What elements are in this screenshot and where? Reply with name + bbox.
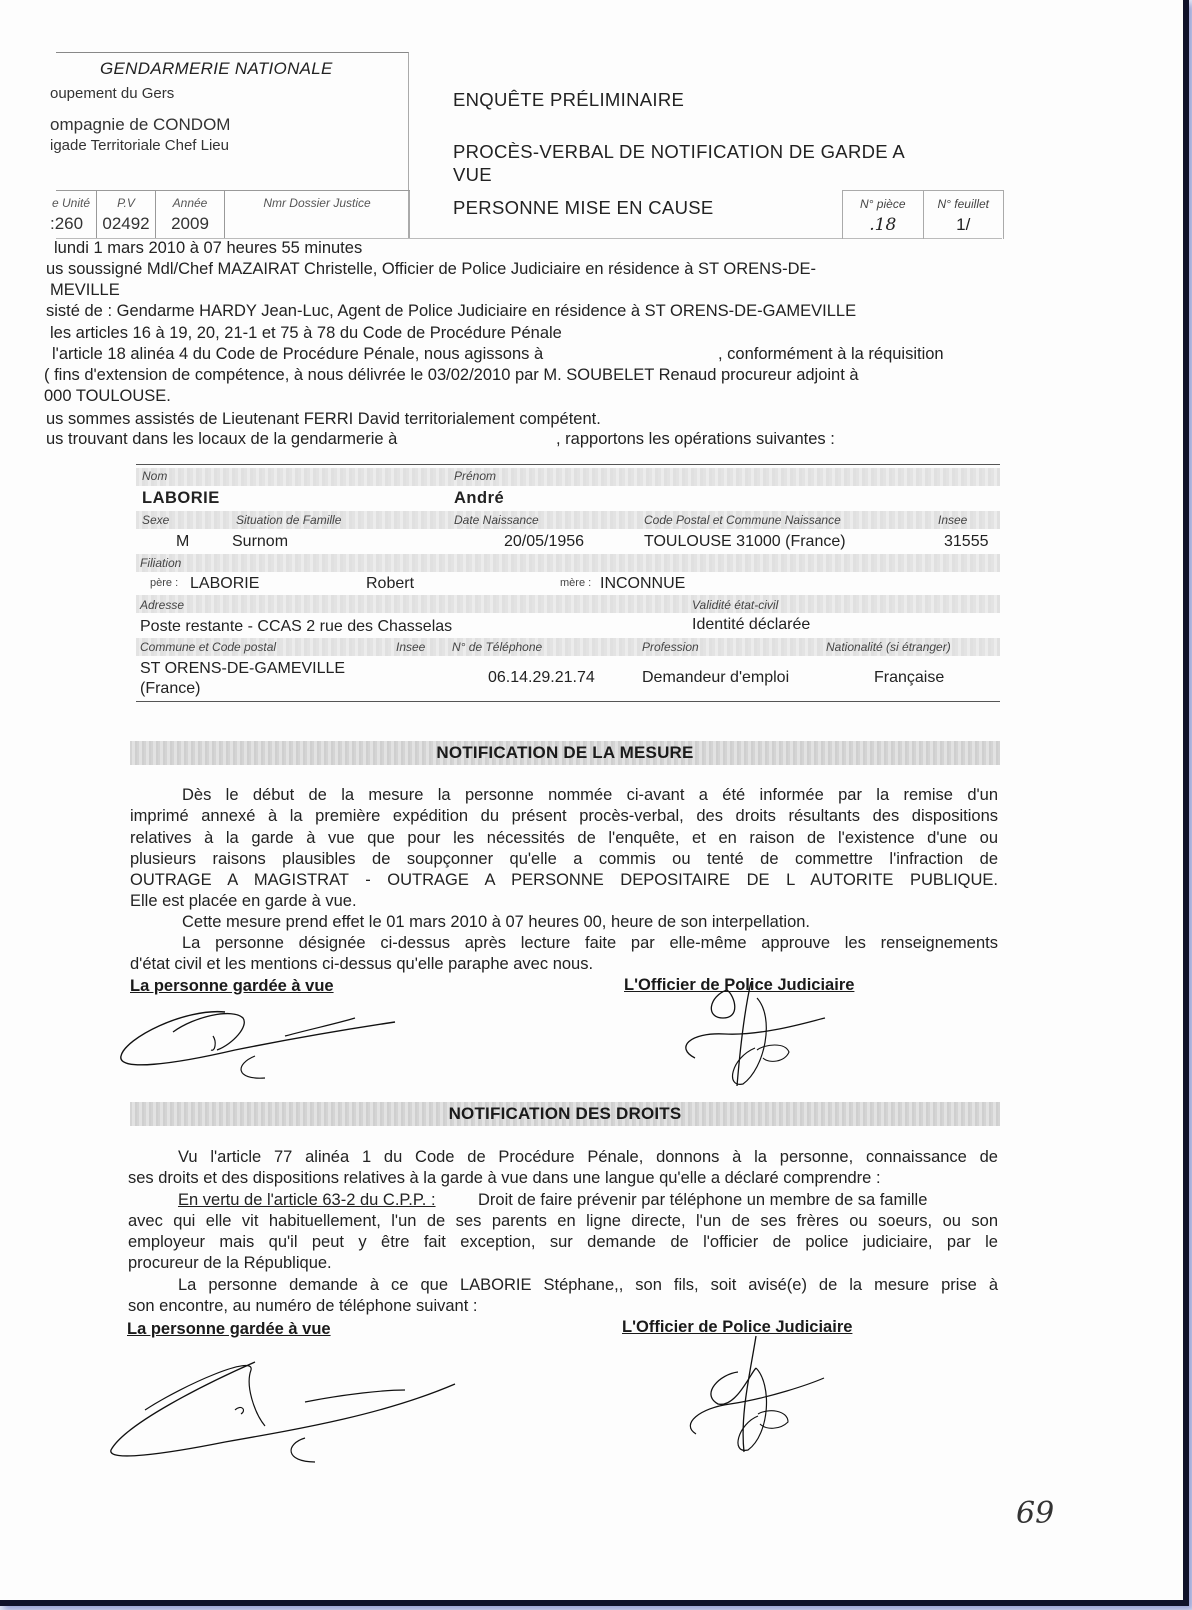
intro-date: lundi 1 mars 2010 à 07 heures 55 minutes <box>54 239 362 258</box>
mesure-line: plusieurs raisons plausibles de soupçonn… <box>130 850 998 869</box>
value-commune-2: (France) <box>140 680 200 698</box>
section-header-droits: NOTIFICATION DES DROITS <box>130 1102 1000 1126</box>
ref-value-pv: 02492 <box>97 214 155 234</box>
intro-operations: , rapportons les opérations suivantes : <box>556 430 835 449</box>
piece-cell: N° pièce .18 <box>843 191 923 239</box>
value-pere-nom: LABORIE <box>190 575 259 593</box>
droits-line: Droit de faire prévenir par téléphone un… <box>478 1191 927 1210</box>
label-situation: Situation de Famille <box>236 513 341 527</box>
intro-requisition: , conformément à la réquisition <box>718 345 944 364</box>
droits-line: procureur de la République. <box>128 1254 332 1273</box>
label-nationalite: Nationalité (si étranger) <box>826 640 951 654</box>
shade-row <box>136 595 1000 613</box>
identity-block: Nom Prénom LABORIE André Sexe Situation … <box>136 464 1000 702</box>
unit-line-brigade: igade Territoriale Chef Lieu <box>50 137 229 154</box>
label-insee: Insee <box>938 513 967 527</box>
value-situation: Surnom <box>232 533 288 551</box>
unit-line-groupement: oupement du Gers <box>50 85 174 102</box>
intro-toulouse: 000 TOULOUSE. <box>44 387 171 406</box>
mesure-line: Dès le début de la mesure la personne no… <box>182 786 998 805</box>
value-date-naissance: 20/05/1956 <box>504 533 584 551</box>
feuillet-value: 1/ <box>924 215 1004 235</box>
feuillet-cell: N° feuillet 1/ <box>923 191 1004 239</box>
label-prenom: Prénom <box>454 469 496 483</box>
droits-line: employeur mais qu'il peut y être fait ex… <box>128 1233 998 1252</box>
droits-line-avis: La personne demande à ce que LABORIE Sté… <box>178 1276 998 1295</box>
scanned-document-page: GENDARMERIE NATIONALE oupement du Gers o… <box>0 0 1189 1606</box>
ref-label-dossier: Nmr Dossier Justice <box>225 196 409 210</box>
title-personne: PERSONNE MISE EN CAUSE <box>453 197 714 219</box>
section-title-droits: NOTIFICATION DES DROITS <box>449 1104 682 1123</box>
organization-name: GENDARMERIE NATIONALE <box>100 59 333 79</box>
value-profession: Demandeur d'emploi <box>642 669 789 687</box>
handwritten-page-number: 69 <box>1016 1496 1054 1531</box>
mesure-line-effet: Cette mesure prend effet le 01 mars 2010… <box>182 913 810 932</box>
value-prenom: André <box>454 489 504 508</box>
label-pere: père : <box>150 577 178 589</box>
intro-assistant: sisté de : Gendarme HARDY Jean-Luc, Agen… <box>46 302 856 321</box>
intro-article18: l'article 18 alinéa 4 du Code de Procédu… <box>52 345 543 364</box>
intro-assistes: us sommes assistés de Lieutenant FERRI D… <box>46 410 601 429</box>
feuillet-label: N° feuillet <box>924 197 1004 211</box>
droits-line: ses droits et des dispositions relatives… <box>128 1169 881 1188</box>
mesure-line-infraction: OUTRAGE A MAGISTRAT - OUTRAGE A PERSONNE… <box>130 871 998 890</box>
label-telephone: N° de Téléphone <box>452 640 542 654</box>
value-validite: Identité déclarée <box>692 616 810 634</box>
ref-value-unite: :260 <box>50 214 96 234</box>
label-lieu-naissance: Code Postal et Commune Naissance <box>644 513 841 527</box>
droits-line: avec qui elle vit habituellement, l'un d… <box>128 1212 998 1231</box>
value-commune-1: ST ORENS-DE-GAMEVILLE <box>140 660 345 678</box>
mesure-line: d'état civil et les mentions ci-dessus q… <box>130 955 593 974</box>
ref-cell-unite: e Unité :260 <box>56 191 97 239</box>
label-validite: Validité état-civil <box>692 598 778 612</box>
ref-cell-dossier: Nmr Dossier Justice <box>225 191 410 239</box>
signature-officer-1 <box>665 978 835 1090</box>
shade-row <box>136 468 1000 486</box>
label-nom: Nom <box>142 469 167 483</box>
shade-row <box>136 554 1000 572</box>
mesure-line: relatives à la garde à vue que pour les … <box>130 829 998 848</box>
signature-person-1 <box>115 998 405 1082</box>
label-filiation: Filiation <box>140 556 181 570</box>
label-insee-commune: Insee <box>396 640 425 654</box>
mesure-line: Elle est placée en garde à vue. <box>130 892 357 911</box>
mesure-line: imprimé annexé à la première expédition … <box>130 807 998 826</box>
ref-value-annee: 2009 <box>156 214 224 234</box>
piece-label: N° pièce <box>843 197 923 211</box>
title-enquete: ENQUÊTE PRÉLIMINAIRE <box>453 89 684 111</box>
intro-officer: us soussigné Mdl/Chef MAZAIRAT Christell… <box>46 260 816 279</box>
droits-line: son encontre, au numéro de téléphone sui… <box>128 1297 478 1316</box>
value-lieu-naissance: TOULOUSE 31000 (France) <box>644 533 846 551</box>
unit-line-compagnie: ompagnie de CONDOM <box>50 115 230 135</box>
signature-person-2 <box>105 1354 465 1464</box>
signature-officer-2 <box>660 1334 840 1458</box>
value-telephone: 06.14.29.21.74 <box>488 669 595 687</box>
label-date-naissance: Date Naissance <box>454 513 539 527</box>
droits-article-ref: En vertu de l'article 63-2 du C.P.P. : <box>178 1191 436 1210</box>
label-profession: Profession <box>642 640 699 654</box>
value-adresse: Poste restante - CCAS 2 rue des Chassela… <box>140 618 452 636</box>
value-pere-prenom: Robert <box>366 575 414 593</box>
ref-label-unite: e Unité <box>52 196 96 210</box>
section-header-mesure: NOTIFICATION DE LA MESURE <box>130 741 1000 765</box>
intro-officer-cont: MEVILLE <box>50 281 120 300</box>
intro-locaux: us trouvant dans les locaux de la gendar… <box>46 430 397 449</box>
ref-label-pv: P.V <box>97 196 155 210</box>
piece-value: .18 <box>843 215 923 235</box>
reference-table: e Unité :260 P.V 02492 Année 2009 Nmr Do… <box>56 190 410 239</box>
value-mere: INCONNUE <box>600 575 685 593</box>
signature-label-person-2: La personne gardée à vue <box>127 1320 331 1339</box>
title-proces-verbal-1: PROCÈS-VERBAL DE NOTIFICATION DE GARDE A <box>453 141 905 163</box>
mesure-line: La personne désignée ci-dessus après lec… <box>182 934 998 953</box>
label-commune: Commune et Code postal <box>140 640 276 654</box>
title-proces-verbal-2: VUE <box>453 164 492 186</box>
intro-articles: les articles 16 à 19, 20, 21-1 et 75 à 7… <box>50 324 562 343</box>
ref-cell-pv: P.V 02492 <box>97 191 156 239</box>
section-title-mesure: NOTIFICATION DE LA MESURE <box>436 743 693 762</box>
piece-feuillet-box: N° pièce .18 N° feuillet 1/ <box>842 190 1004 239</box>
value-nationalite: Française <box>874 669 944 687</box>
label-adresse: Adresse <box>140 598 184 612</box>
label-mere: mère : <box>560 577 591 589</box>
ref-cell-annee: Année 2009 <box>156 191 225 239</box>
ref-label-annee: Année <box>156 196 224 210</box>
value-insee: 31555 <box>944 533 989 551</box>
value-sexe: M <box>176 533 189 551</box>
droits-line: Vu l'article 77 alinéa 1 du Code de Proc… <box>178 1148 998 1167</box>
label-sexe: Sexe <box>142 513 169 527</box>
intro-extension: ( fins d'extension de compétence, à nous… <box>44 366 859 385</box>
value-nom: LABORIE <box>142 489 220 508</box>
signature-label-person: La personne gardée à vue <box>130 977 334 996</box>
